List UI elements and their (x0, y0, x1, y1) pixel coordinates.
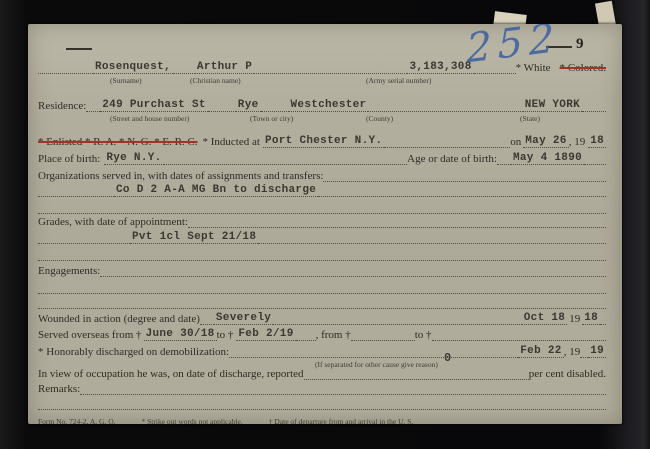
form-number: Form No. 724-2, A. G. O. (38, 417, 116, 424)
dotted-leader (582, 108, 606, 112)
dotted-leader (38, 305, 606, 309)
ruled-line (38, 247, 606, 261)
dotted-leader (584, 161, 606, 165)
grades-label: Grades, with date of appointment: (38, 216, 188, 228)
county-label: (County) (366, 114, 393, 123)
inducted-at-label: * Inducted at (203, 136, 260, 148)
ruled-line (38, 396, 606, 410)
birth-place-value: Rye N.Y. (104, 152, 163, 165)
dotted-leader (296, 337, 316, 341)
state-label: (State) (520, 114, 540, 123)
scan-background: 252 9 Rosenquest, Arthur P 3,183,308 * W… (0, 0, 650, 449)
organizations-row: Organizations served in, with dates of a… (38, 168, 606, 182)
organizations-label: Organizations served in, with dates of a… (38, 170, 323, 182)
induction-date-value: May 26 (523, 135, 568, 148)
wounded-degree-value: Severely (214, 312, 273, 325)
wounded-year-typed: 18 (582, 312, 600, 325)
discharge-year-typed: 19 (588, 345, 606, 358)
dotted-leader (38, 70, 93, 74)
dotted-leader (164, 161, 408, 165)
dotted-leader (38, 406, 606, 410)
residence-row: Residence: 249 Purchast St Rye Westchest… (38, 98, 606, 112)
page-number: 9 (576, 36, 584, 53)
dotted-leader (38, 290, 606, 294)
organizations-entry-value: Co D 2 A-A MG Bn to discharge (114, 184, 318, 197)
town-label: (Town or city) (250, 114, 293, 123)
birth-date-value: May 4 1890 (511, 152, 584, 165)
dotted-leader (38, 240, 130, 244)
engagements-label: Engagements: (38, 265, 100, 277)
disability-row: In view of occupation he was, on date of… (38, 366, 606, 380)
overseas-to1-value: Feb 2/19 (236, 328, 295, 341)
dotted-leader (86, 108, 100, 112)
dotted-leader (600, 321, 606, 325)
overseas-to2-label: to † (415, 329, 432, 341)
discharge-label: * Honorably discharged on demobilization… (38, 346, 229, 358)
disability-label: In view of occupation he was, on date of… (38, 368, 304, 380)
dotted-leader (351, 337, 415, 341)
overseas-row: Served overseas from † June 30/18 to † F… (38, 327, 606, 341)
wounded-row: Wounded in action (degree and date) Seve… (38, 311, 606, 325)
serial-number-label: (Army serial number) (366, 76, 431, 85)
enlistment-options-struck: * Enlisted * R. A. * N. G. * E. R. C. (38, 136, 198, 148)
dotted-leader (273, 321, 522, 325)
name-serial-row: Rosenquest, Arthur P 3,183,308 * White *… (38, 60, 606, 74)
street-value: 249 Purchast St (100, 99, 208, 112)
induction-year-printed: , 19 (569, 136, 586, 148)
overseas-to-label: to † (217, 329, 234, 341)
on-label: on (510, 136, 521, 148)
grades-entry-row: Pvt 1cl Sept 21/18 (38, 230, 606, 244)
dotted-leader (188, 224, 606, 228)
form-footer-row: Form No. 724-2, A. G. O. * Strike out wo… (38, 414, 606, 424)
typed-zero-overstrike: 0 (444, 351, 451, 365)
induction-row: * Enlisted * R. A. * N. G. * E. R. C. * … (38, 134, 606, 148)
overseas-from2-label: , from † (316, 329, 351, 341)
dotted-leader (261, 108, 289, 112)
ruled-line (38, 200, 606, 214)
dotted-leader (258, 240, 606, 244)
disability-suffix: per cent disabled. (529, 368, 606, 380)
dotted-leader (254, 70, 407, 74)
surname-label: (Surname) (110, 76, 142, 85)
remarks-label: Remarks: (38, 383, 80, 395)
engagements-row: Engagements: (38, 263, 606, 277)
race-white-option: * White (516, 62, 551, 74)
serial-number-value: 3,183,308 (407, 61, 473, 74)
birth-date-label: Age or date of birth: (407, 153, 497, 165)
dotted-leader (323, 178, 606, 182)
induction-year-typed: 18 (588, 135, 606, 148)
christian-name-label: (Christian name) (190, 76, 241, 85)
dotted-leader (304, 376, 529, 380)
grades-entry-value: Pvt 1cl Sept 21/18 (130, 231, 258, 244)
dotted-leader (229, 354, 518, 358)
wounded-label: Wounded in action (degree and date) (38, 313, 200, 325)
footnote-strike-out: * Strike out words not applicable. (142, 417, 243, 424)
dotted-leader (368, 108, 522, 112)
organizations-entry-row: Co D 2 A-A MG Bn to discharge (38, 183, 606, 197)
footnote-dagger: † Date of departure from and arrival in … (269, 417, 414, 424)
birth-place-label: Place of birth: (38, 153, 100, 165)
street-label: (Street and house number) (110, 114, 189, 123)
dotted-leader (497, 161, 511, 165)
wounded-date-value: Oct 18 (522, 312, 567, 325)
remarks-row: Remarks: (38, 381, 606, 395)
county-value: Westchester (289, 99, 369, 112)
dotted-leader (80, 391, 606, 395)
ink-dash-left (66, 48, 92, 50)
birth-row: Place of birth: Rye N.Y. Age or date of … (38, 151, 606, 165)
dotted-leader (208, 108, 236, 112)
dotted-leader (384, 144, 510, 148)
dotted-leader (100, 273, 606, 277)
service-record-card: 252 9 Rosenquest, Arthur P 3,183,308 * W… (28, 24, 622, 424)
wounded-year-printed: 19 (569, 313, 580, 325)
dotted-leader (173, 70, 195, 74)
dotted-leader (318, 193, 606, 197)
dotted-leader (432, 337, 606, 341)
residence-label: Residence: (38, 100, 86, 112)
discharge-date-value: Feb 22 (518, 345, 563, 358)
grades-row: Grades, with date of appointment: (38, 214, 606, 228)
town-value: Rye (236, 99, 261, 112)
christian-name-value: Arthur P (195, 61, 254, 74)
discharge-row: * Honorably discharged on demobilization… (38, 344, 606, 358)
state-value: NEW YORK (523, 99, 582, 112)
race-colored-option-struck: * Colored. (560, 62, 606, 74)
discharge-year-printed: , 19 (564, 346, 581, 358)
surname-value: Rosenquest, (93, 61, 173, 74)
overseas-from1-value: June 30/18 (144, 328, 217, 341)
dotted-leader (200, 321, 214, 325)
ruled-line (38, 280, 606, 294)
dotted-leader (580, 354, 588, 358)
dotted-leader (38, 257, 606, 261)
induction-place-value: Port Chester N.Y. (263, 135, 384, 148)
dotted-leader (38, 193, 114, 197)
ruled-line (38, 295, 606, 309)
dotted-leader (474, 70, 516, 74)
overseas-label: Served overseas from † (38, 329, 142, 341)
